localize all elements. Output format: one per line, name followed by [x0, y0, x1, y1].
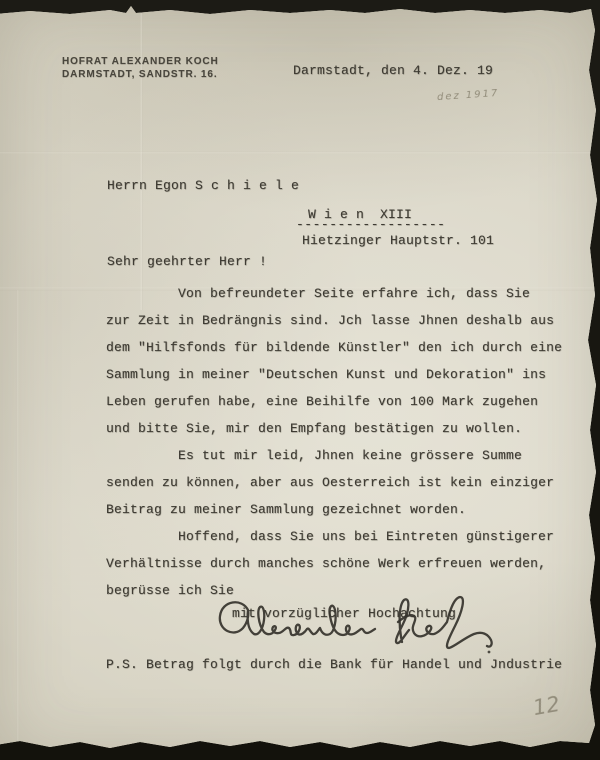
body-line: und bitte Sie, mir den Empfang bestätige…	[106, 415, 571, 442]
body-line: Sammlung in meiner "Deutschen Kunst und …	[106, 361, 571, 388]
letterhead-line1: HOFRAT ALEXANDER KOCH	[62, 55, 219, 68]
body-line: Von befreundeter Seite erfahre ich, dass…	[106, 280, 571, 307]
dateline: Darmstadt, den 4. Dez. 19	[293, 63, 493, 78]
paper-crease-vertical	[16, 290, 19, 746]
letterhead-line2: DARMSTADT, SANDSTR. 16.	[62, 68, 219, 81]
salutation: Sehr geehrter Herr !	[107, 254, 267, 269]
recipient-underline-dashes: ------------------	[296, 217, 445, 232]
body-line: Hoffend, dass Sie uns bei Eintreten güns…	[106, 523, 571, 550]
letter-paper: HOFRAT ALEXANDER KOCH DARMSTADT, SANDSTR…	[0, 0, 600, 760]
postscript-line: P.S. Betrag folgt durch die Bank für Han…	[106, 657, 562, 672]
body-line: senden zu können, aber aus Oesterreich i…	[106, 469, 571, 496]
pencil-date-annotation: dez 1917	[437, 88, 500, 103]
body-line: zur Zeit in Bedrängnis sind. Jch lasse J…	[106, 307, 571, 334]
recipient-name: Herrn Egon S c h i e l e	[107, 178, 299, 193]
body-line: Verhältnisse durch manches schöne Werk e…	[106, 550, 571, 577]
body-line: dem "Hilfsfonds für bildende Künstler" d…	[106, 334, 571, 361]
scan-background: HOFRAT ALEXANDER KOCH DARMSTADT, SANDSTR…	[0, 0, 600, 760]
pencil-page-number: 12	[531, 692, 561, 720]
body-line: Beitrag zu meiner Sammlung gezeichnet wo…	[106, 496, 571, 523]
body-line: Leben gerufen habe, eine Beihilfe von 10…	[106, 388, 571, 415]
body-line: Es tut mir leid, Jhnen keine grössere Su…	[106, 442, 571, 469]
letterhead: HOFRAT ALEXANDER KOCH DARMSTADT, SANDSTR…	[62, 55, 219, 81]
recipient-street: Hietzinger Hauptstr. 101	[302, 233, 494, 248]
paper-fold-horizontal	[0, 151, 600, 154]
signature-handwriting-alexander-koch	[206, 590, 498, 666]
letter-body: Von befreundeter Seite erfahre ich, dass…	[106, 280, 571, 604]
